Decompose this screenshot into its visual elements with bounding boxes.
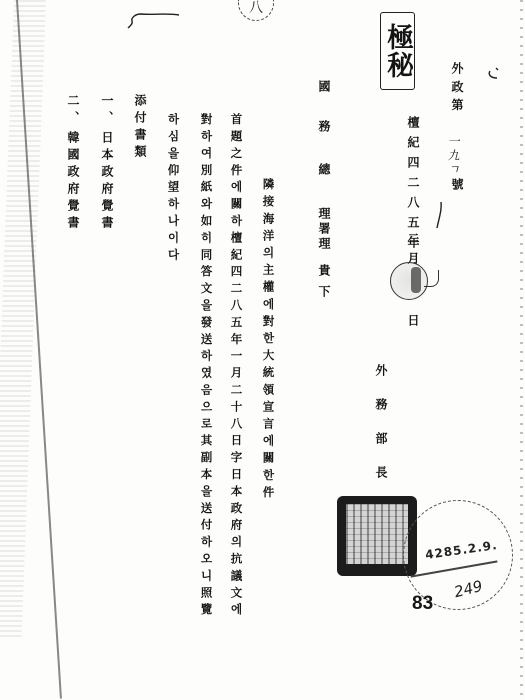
document-number-handwritten: 一九ㄱ	[447, 135, 459, 177]
arrow-mark-icon	[127, 6, 181, 30]
handwritten-tick-icon	[434, 200, 444, 230]
handwritten-mark-icon	[486, 66, 500, 80]
body-column-1: 首題之件에關하檀紀四二八五年一月二十八日字日本政府의抗議文에	[230, 113, 242, 620]
registry-seal-inner	[346, 504, 408, 564]
attachment-item-1-number: 一、	[101, 94, 113, 128]
recipient-honorific: 貴下	[318, 264, 330, 306]
corner-stamp: 八	[238, 0, 274, 21]
attachment-item-2-text: 韓國政府覺書	[67, 131, 79, 233]
document-page: 八 極秘 外政第 一九ㄱ 號 檀紀四二八五年 二月 日 國 務 總 理署理 貴下…	[0, 0, 525, 700]
page-edge	[520, 0, 523, 700]
document-number-prefix: 外政第	[451, 62, 463, 117]
attachment-item-1-text: 日本政府覺書	[101, 131, 113, 233]
recipient-title-3: 總	[318, 163, 330, 182]
top-secret-stamp: 極秘	[380, 12, 415, 90]
body-column-2: 對하여別紙와如히同答文을發送하였음으로其副本을送付하오니照覽	[200, 113, 212, 620]
recipient-title-2: 務	[318, 120, 330, 139]
body-column-3: 하심을仰望하나이다	[167, 113, 179, 265]
date-seal-stamp	[390, 262, 428, 300]
sender-title: 外務部長	[375, 364, 387, 500]
date-day: 日	[407, 314, 419, 333]
recipient-title-4: 理署理	[318, 207, 330, 252]
seal-tail-mark	[424, 270, 439, 287]
attachments-heading: 添付書類	[134, 94, 146, 162]
attachment-item-2-number: 二、	[67, 94, 79, 128]
subject-line: 隣接海洋의主權에對한大統領宣言에關한件	[262, 178, 274, 503]
document-number-suffix: 號	[451, 178, 463, 197]
page-number: 83	[412, 593, 433, 615]
recipient-title-1: 國	[318, 80, 330, 99]
